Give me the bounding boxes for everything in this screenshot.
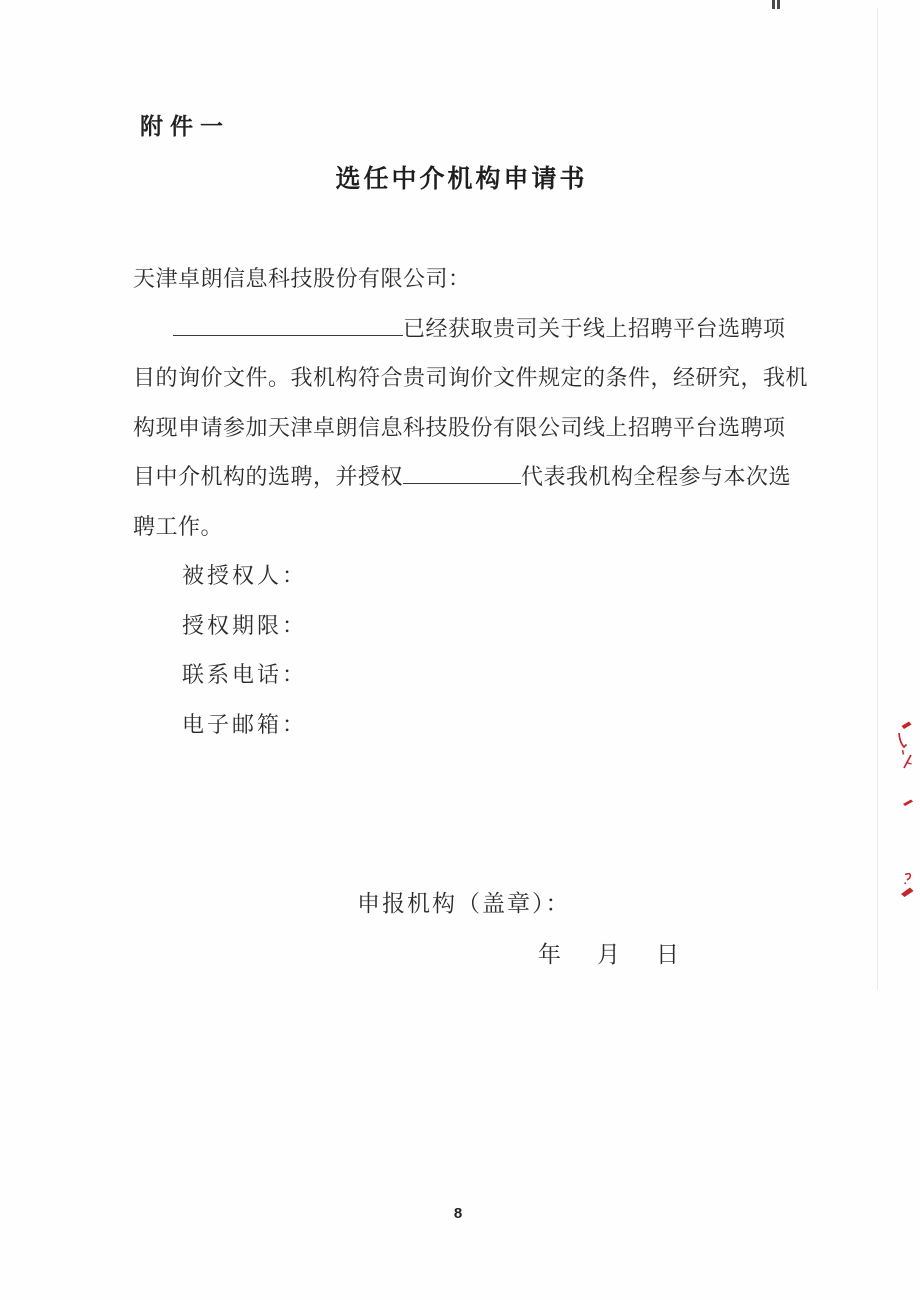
body-line-text: 目的询价文件。我机构符合贵司询价文件规定的条件，经研究，我机 — [133, 365, 808, 390]
body-line-text: 目中介机构的选聘，并授权 — [133, 464, 403, 489]
red-stamp-fragment — [880, 715, 920, 905]
signature-label: 申报机构（盖章）： — [357, 890, 571, 918]
salutation-text: 天津卓朗信息科技股份有限公司： — [133, 266, 471, 291]
scan-artifact-mark — [772, 0, 783, 9]
red-stamp-fragment-graphic — [880, 715, 920, 905]
field-label-authorized-person: 被授权人： — [133, 551, 795, 601]
body-line: 构现申请参加天津卓朗信息科技股份有限公司线上招聘平台选聘项 — [133, 403, 795, 453]
blank-underline-applicant — [173, 313, 403, 336]
body-line: 目中介机构的选聘，并授权代表我机构全程参与本次选 — [133, 452, 795, 502]
date-month-label: 月 — [597, 941, 620, 969]
field-label-authorization-period: 授权期限： — [133, 601, 795, 651]
page-number: 8 — [446, 1205, 470, 1222]
body-line-text: 已经获取贵司关于线上招聘平台选聘项 — [403, 316, 786, 341]
body-line-text: 聘工作。 — [133, 514, 223, 539]
date-line: 年 月 日 — [538, 941, 679, 969]
body-line: 目的询价文件。我机构符合贵司询价文件规定的条件，经研究，我机 — [133, 353, 795, 403]
field-label-contact-phone: 联系电话： — [133, 650, 795, 700]
document-title: 选任中介机构申请书 — [133, 159, 790, 195]
body-line-text: 构现申请参加天津卓朗信息科技股份有限公司线上招聘平台选聘项 — [133, 415, 786, 440]
body-line: 聘工作。 — [133, 502, 795, 552]
field-label-email: 电子邮箱： — [133, 700, 795, 750]
body-line-text: 代表我机构全程参与本次选 — [521, 464, 791, 489]
attachment-label: 附件一 — [140, 108, 230, 141]
body-line: 已经获取贵司关于线上招聘平台选聘项 — [133, 304, 795, 354]
document-page: 附件一 选任中介机构申请书 天津卓朗信息科技股份有限公司： 已经获取贵司关于线上… — [0, 0, 920, 1300]
salutation: 天津卓朗信息科技股份有限公司： — [133, 254, 795, 304]
blank-underline-representative — [403, 461, 521, 484]
document-body: 天津卓朗信息科技股份有限公司： 已经获取贵司关于线上招聘平台选聘项 目的询价文件… — [133, 254, 795, 749]
scan-edge-line — [877, 8, 878, 990]
date-year-label: 年 — [538, 941, 561, 969]
date-day-label: 日 — [656, 941, 679, 969]
